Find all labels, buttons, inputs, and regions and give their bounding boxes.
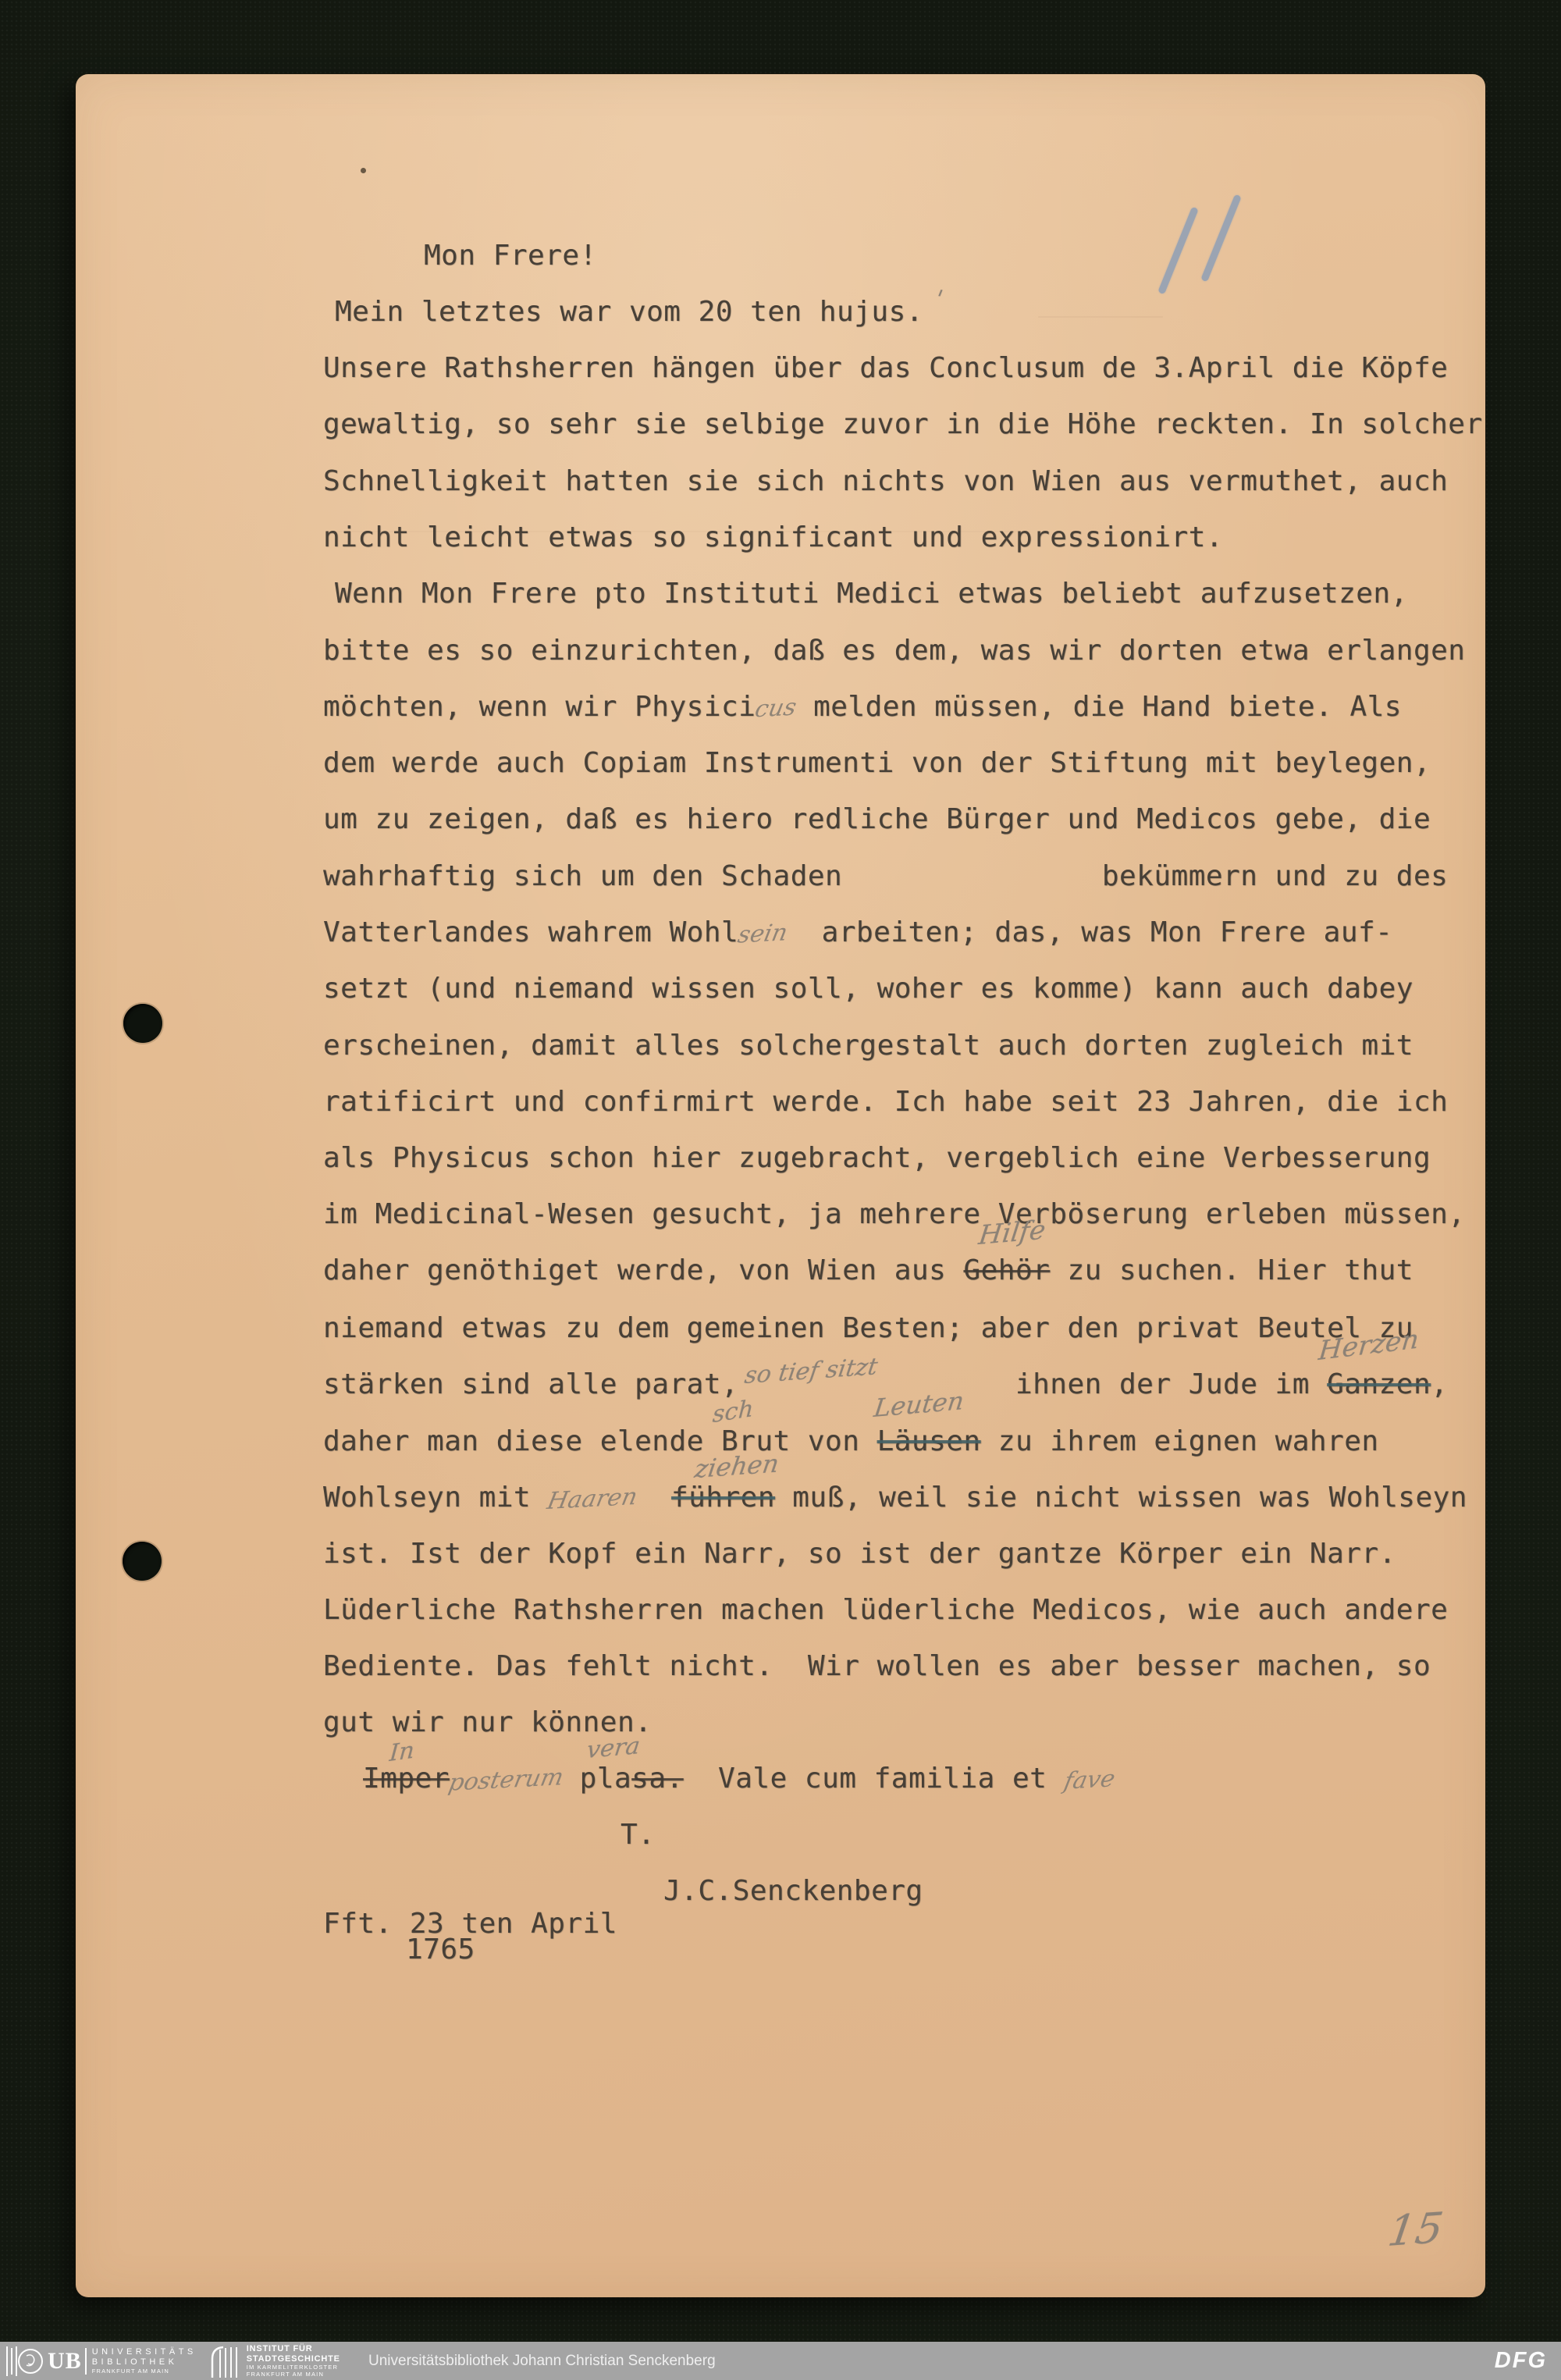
book-goethe-icon [5, 2345, 45, 2378]
typed-text: Unsere Rathsherren hängen über das Concl… [323, 352, 1448, 384]
typed-text: J.C.Senckenberg [663, 1875, 923, 1907]
ub-line-1: UNIVERSITÄTS [92, 2347, 197, 2357]
typed-text: muß, weil sie nicht wissen was Wohlseyn [775, 1482, 1467, 1514]
typed-text: 1765 [406, 1934, 475, 1966]
letter-line: gut wir nur können. [323, 1709, 652, 1737]
typed-text: Wenn Mon Frere pto Instituti Medici etwa… [335, 578, 1408, 610]
correction-vera: vera [585, 1734, 642, 1763]
typed-text [637, 1482, 671, 1514]
typed-text: Mein letztes war vom 20 ten hujus. [335, 296, 923, 328]
institut-line-4: FRANKFURT AM MAIN [247, 2371, 340, 2378]
letter-line: als Physicus schon hier zugebracht, verg… [323, 1144, 1431, 1172]
ub-logo-text: UNIVERSITÄTS BIBLIOTHEK FRANKFURT AM MAI… [92, 2347, 197, 2375]
letter-line: dem werde auch Copiam Instrumenti von de… [323, 749, 1431, 777]
correction-ziehen: ziehen [693, 1451, 780, 1482]
letter-line: um zu zeigen, daß es hiero redliche Bürg… [323, 806, 1431, 834]
typed-text: dem werde auch Copiam Instrumenti von de… [323, 747, 1431, 779]
struck-text: führen [671, 1482, 775, 1514]
institut-stadtgeschichte-logo: INSTITUT FÜR STADTGESCHICHTE IM KARMELIT… [209, 2344, 340, 2378]
letter-line: gewaltig, so sehr sie selbige zuvor in d… [323, 411, 1483, 439]
letter-line: Mon Frere! [424, 242, 597, 270]
library-name-label: Universitätsbibliothek Johann Christian … [368, 2353, 716, 2370]
typed-text: Mon Frere! [424, 240, 597, 272]
letter-line: daher man diese elende Brut von Läusen z… [323, 1428, 1379, 1456]
dfg-logo: DFG [1495, 2348, 1547, 2374]
correction-hilfe: Hilfe [977, 1217, 1047, 1249]
scanned-letter-page: { "scan": { "page_number_pencil": "11", … [0, 0, 1561, 2380]
typed-text: als Physicus schon hier zugebracht, verg… [323, 1142, 1431, 1174]
typed-text: Vale cum familia et [684, 1763, 1065, 1795]
letter-line: Schnelligkeit hatten sie sich nichts von… [323, 468, 1448, 496]
ub-monogram: UB [48, 2348, 82, 2375]
typed-text: daher genöthiget werde, von Wien aus [323, 1254, 963, 1286]
letter-line: ist. Ist der Kopf ein Narr, so ist der g… [323, 1540, 1396, 1568]
typed-text: bitte es so einzurichten, daß es dem, wa… [323, 635, 1465, 667]
correction-in: In [389, 1739, 415, 1766]
letter-line: Imperposterum plasa. Vale cum familia et… [363, 1765, 1114, 1793]
institut-line-2: STADTGESCHICHTE [247, 2354, 340, 2364]
struck-text: sa. [631, 1763, 684, 1795]
typed-text: Lüderliche Rathsherren machen lüderliche… [323, 1594, 1448, 1626]
typed-text: nicht leicht etwas so significant und ex… [323, 521, 1223, 553]
institut-line-1: INSTITUT FÜR [247, 2344, 340, 2354]
struck-text: Läusen [877, 1425, 981, 1457]
institut-line-3: IM KARMELITERKLOSTER [247, 2364, 340, 2371]
letter-line: J.C.Senckenberg [663, 1877, 923, 1905]
correction-leuten: Leuten [873, 1388, 965, 1421]
typed-text: , [1431, 1368, 1448, 1400]
letter-line: erscheinen, damit alles solchergestalt a… [323, 1032, 1413, 1060]
correction-scribble: sch [712, 1397, 754, 1427]
logo-divider [85, 2348, 87, 2375]
typed-text: zu suchen. Hier thut [1050, 1254, 1413, 1286]
library-footer-bar: UB UNIVERSITÄTS BIBLIOTHEK FRANKFURT AM … [0, 2342, 1561, 2380]
typed-text: gewaltig, so sehr sie selbige zuvor in d… [323, 408, 1483, 440]
folio-number-15: 15 [1385, 2207, 1445, 2253]
letter-line: daher genöthiget werde, von Wien aus Geh… [323, 1257, 1413, 1285]
letter-line: Mein letztes war vom 20 ten hujus. [335, 298, 923, 326]
letter-line: Unsere Rathsherren hängen über das Concl… [323, 354, 1448, 382]
ub-line-3: FRANKFURT AM MAIN [92, 2368, 197, 2375]
letter-line: niemand etwas zu dem gemeinen Besten; ab… [323, 1315, 1413, 1343]
typed-text: Bediente. Das fehlt nicht. Wir wollen es… [323, 1650, 1431, 1682]
letter-line: setzt (und niemand wissen soll, woher es… [323, 975, 1413, 1003]
struck-text: Gehör [963, 1254, 1050, 1286]
letter-line: Wenn Mon Frere pto Instituti Medici etwa… [335, 580, 1408, 608]
typed-text: T. [620, 1819, 655, 1851]
ub-frankfurt-logo: UB UNIVERSITÄTS BIBLIOTHEK FRANKFURT AM … [5, 2345, 197, 2378]
typed-text: Wohlseyn mit [323, 1482, 548, 1514]
letter-line: Lüderliche Rathsherren machen lüderliche… [323, 1596, 1448, 1624]
letter-line: Bediente. Das fehlt nicht. Wir wollen es… [323, 1652, 1431, 1681]
typed-text: Schnelligkeit hatten sie sich nichts von… [323, 465, 1448, 497]
typed-text: Vatterlandes wahrem Wohl [323, 916, 738, 948]
handwritten-insertion: posterum [446, 1766, 565, 1795]
typed-text: im Medicinal-Wesen gesucht, ja mehrere V… [323, 1198, 1465, 1230]
typed-text: möchten, wenn wir Physici [323, 691, 756, 723]
letter-line: wahrhaftig sich um den Schaden bekümmern… [323, 863, 1448, 891]
handwritten-insertion: Haaren [546, 1485, 640, 1514]
typed-text: setzt (und niemand wissen soll, woher es… [323, 973, 1413, 1005]
letter-text-layer: Mon Frere!Mein letztes war vom 20 ten hu… [0, 0, 1561, 2380]
typed-text: melden müssen, die Hand biete. Als [796, 691, 1402, 723]
handwritten-insertion: fave [1061, 1767, 1116, 1793]
pencil-apostrophe: ' [930, 287, 945, 311]
letter-line: T. [620, 1821, 655, 1849]
typed-text: niemand etwas zu dem gemeinen Besten; ab… [323, 1312, 1413, 1344]
letter-line: 1765 [406, 1936, 475, 1964]
typed-text: um zu zeigen, daß es hiero redliche Bürg… [323, 803, 1431, 835]
letter-line: nicht leicht etwas so significant und ex… [323, 524, 1223, 552]
letter-line: im Medicinal-Wesen gesucht, ja mehrere V… [323, 1201, 1465, 1229]
typed-text: erscheinen, damit alles solchergestalt a… [323, 1030, 1413, 1062]
ub-line-2: BIBLIOTHEK [92, 2357, 197, 2368]
letter-line: Wohlseyn mit Haaren führen muß, weil sie… [323, 1484, 1467, 1512]
typed-text: daher man diese elende Brut von [323, 1425, 877, 1457]
letter-line: möchten, wenn wir Physicicus melden müss… [323, 693, 1402, 721]
typed-text: gut wir nur können. [323, 1706, 652, 1738]
typed-text: pla [562, 1763, 631, 1795]
handwritten-insertion: sein [736, 921, 790, 947]
letter-line: Vatterlandes wahrem Wohlsein arbeiten; d… [323, 919, 1392, 947]
typed-text: wahrhaftig sich um den Schaden bekümmern… [323, 860, 1448, 892]
typed-text: arbeiten; das, was Mon Frere auf- [787, 916, 1392, 948]
handwritten-insertion: cus [753, 696, 798, 722]
letter-line: bitte es so einzurichten, daß es dem, wa… [323, 637, 1465, 665]
typed-text: ist. Ist der Kopf ein Narr, so ist der g… [323, 1538, 1396, 1570]
institut-logo-text: INSTITUT FÜR STADTGESCHICHTE IM KARMELIT… [247, 2344, 340, 2378]
letter-line: ratificirt und confirmirt werde. Ich hab… [323, 1088, 1448, 1116]
struck-text: Ganzen [1327, 1368, 1431, 1400]
struck-text: Imper [363, 1763, 450, 1795]
karmeliter-arch-icon [209, 2345, 240, 2378]
typed-text: ratificirt und confirmirt werde. Ich hab… [323, 1086, 1448, 1118]
typed-text: zu ihrem eignen wahren [981, 1425, 1379, 1457]
